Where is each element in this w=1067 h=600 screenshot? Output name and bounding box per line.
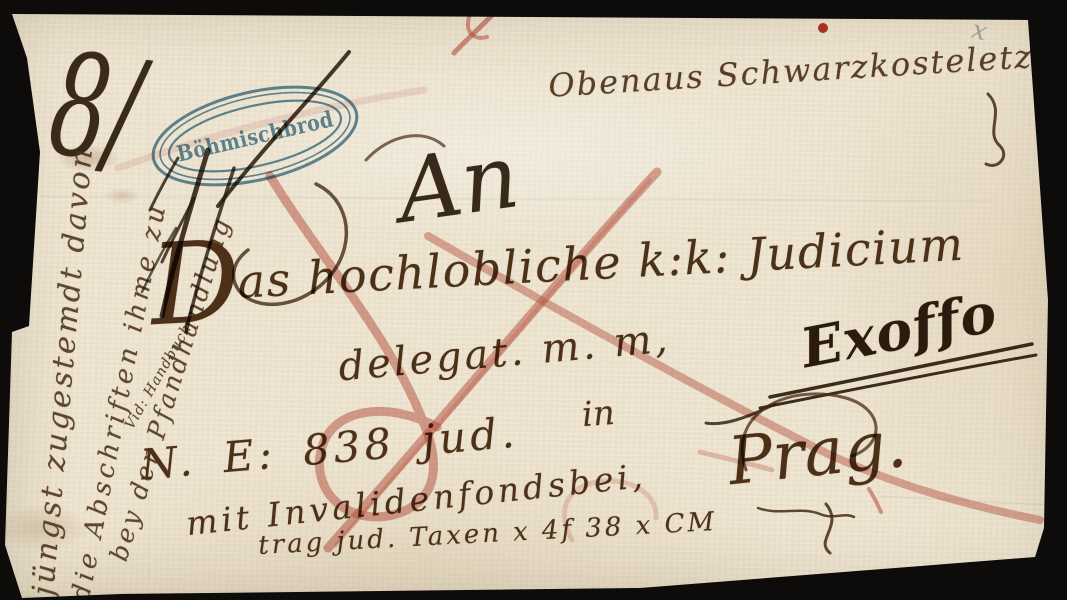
paper-crease-right xyxy=(880,496,1050,508)
destination-city: Prag. xyxy=(724,405,910,500)
prag-descender xyxy=(825,504,832,553)
postmark-group: Böhmischbrod xyxy=(144,72,366,202)
franchise-exoffo: Exoffo xyxy=(796,280,1002,381)
red-crayon-tick xyxy=(869,489,881,512)
postmark-stamp: Böhmischbrod xyxy=(138,72,373,202)
address-line2: delegat. m. m, xyxy=(337,316,672,391)
sender-note-descender xyxy=(986,94,1004,165)
exoffo-underline xyxy=(760,355,1036,408)
prag-underline xyxy=(758,508,854,517)
letter-photo: Böhmischbrod 8/ Obenaus Schwarzkosteletz… xyxy=(0,0,1067,600)
letter-paper: Böhmischbrod 8/ Obenaus Schwarzkosteletz… xyxy=(0,0,1067,600)
address-salutation: An xyxy=(391,124,524,243)
red-wax-speck xyxy=(818,23,828,33)
address-line1-rest: as hochlobliche k:k: Judicium xyxy=(236,217,966,309)
red-crayon-top-squiggle xyxy=(468,12,487,38)
address-line1: Das hochlobliche k:k: Judicium xyxy=(149,211,966,321)
red-crayon-top-squiggle xyxy=(454,10,497,53)
address-preposition: in xyxy=(581,393,616,435)
sender-note: Obenaus Schwarzkosteletz xyxy=(547,37,1034,105)
